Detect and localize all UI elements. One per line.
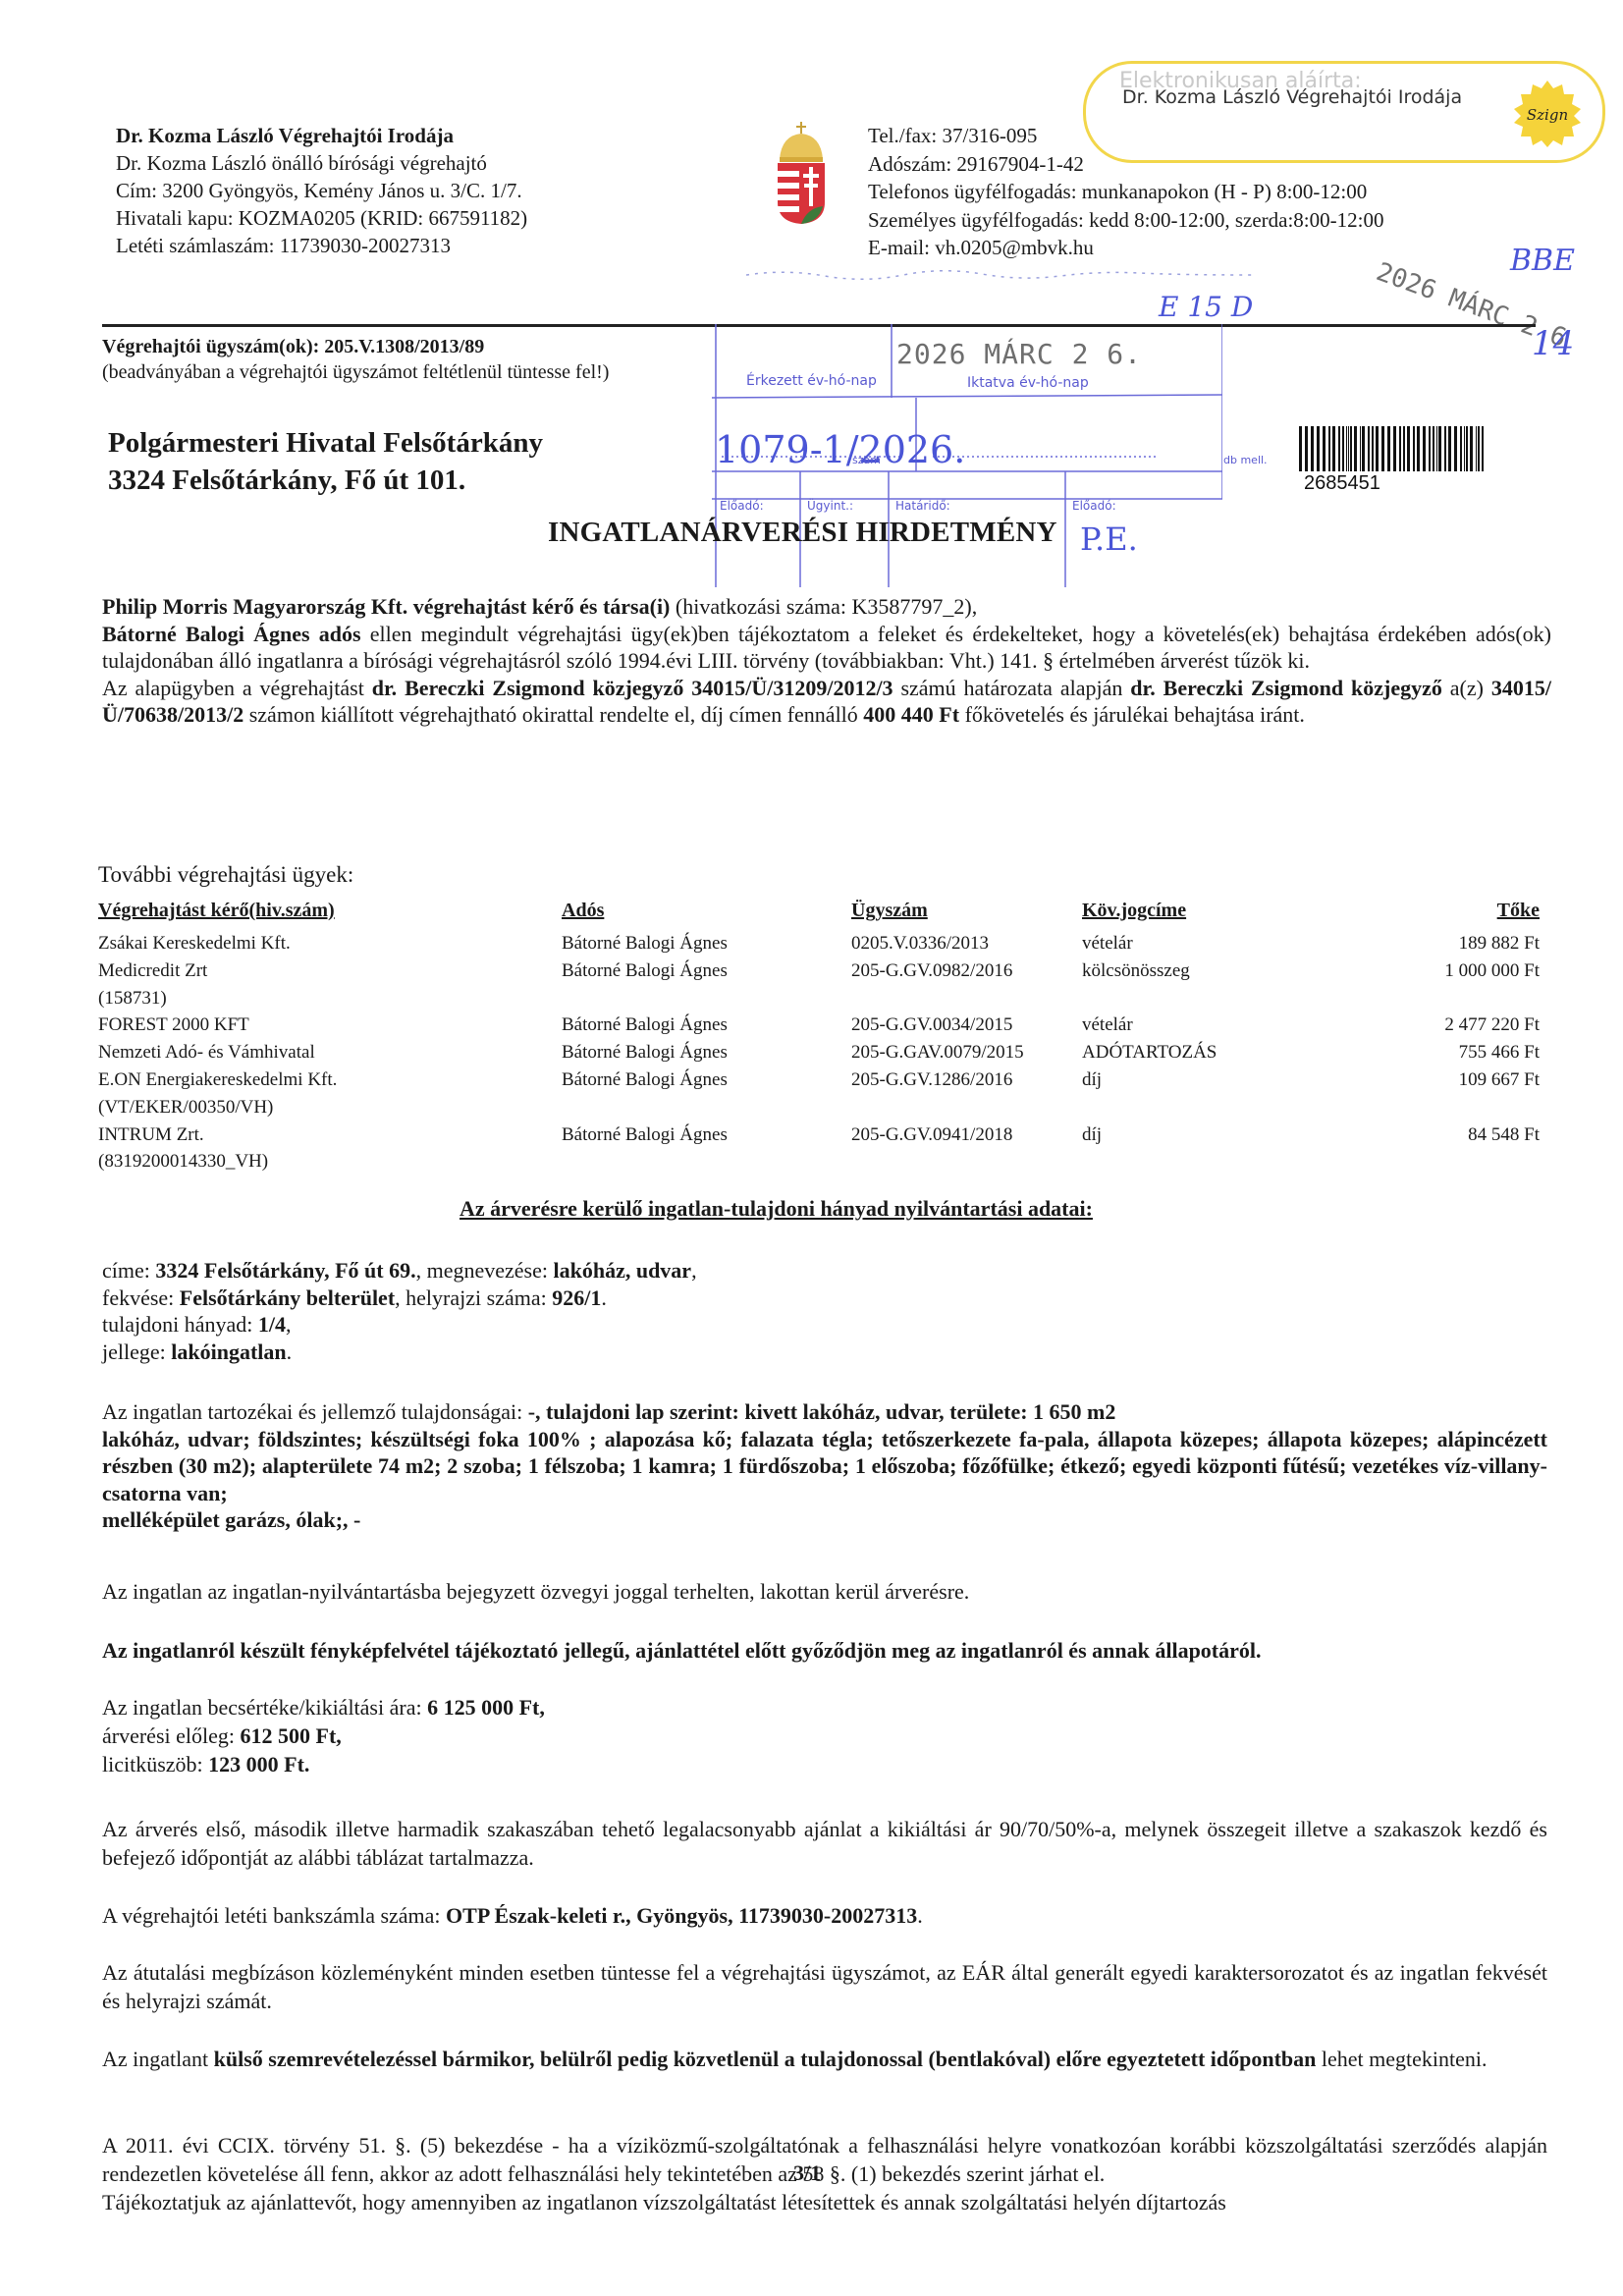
office-letterhead: Dr. Kozma László Végrehajtói Irodája Dr.… bbox=[116, 122, 527, 259]
cell-creditor: Medicredit Zrt bbox=[98, 957, 562, 985]
received-label: Érkezett év-hó-nap bbox=[746, 373, 877, 389]
table-row: (8319200014330_VH) bbox=[98, 1148, 1540, 1175]
basis-text: a(z) bbox=[1442, 676, 1491, 700]
property-location: Felsőtárkány belterület bbox=[180, 1285, 395, 1310]
features-land-registry: -, tulajdoni lap szerint: kivett lakóház… bbox=[528, 1399, 1116, 1424]
svg-text:Szign: Szign bbox=[1527, 106, 1568, 124]
scan-artifact bbox=[746, 267, 1257, 281]
table-row: Nemzeti Adó- és VámhivatalBátorné Balogi… bbox=[98, 1039, 1540, 1066]
office-line: Cím: 3200 Gyöngyös, Kemény János u. 3/C.… bbox=[116, 177, 527, 204]
office-line: Letéti számlaszám: 11739030-20027313 bbox=[116, 232, 527, 259]
stages-paragraph: Az árverés első, második illetve harmadi… bbox=[102, 1815, 1547, 1872]
recipient-street: 3324 Felsőtárkány, Fő út 101. bbox=[108, 462, 543, 499]
table-row: (VT/EKER/00350/VH) bbox=[98, 1094, 1540, 1121]
contact-line: Személyes ügyfélfogadás: kedd 8:00-12:00… bbox=[868, 206, 1383, 235]
cell-case-number: 0205.V.0336/2013 bbox=[851, 930, 1082, 957]
table-row: Zsákai Kereskedelmi Kft.Bátorné Balogi Á… bbox=[98, 930, 1540, 957]
table-row: FOREST 2000 KFTBátorné Balogi Ágnes205-G… bbox=[98, 1011, 1540, 1039]
transfer-paragraph: Az átutalási megbízáson közleményként mi… bbox=[102, 1958, 1547, 2015]
cell-principal bbox=[1377, 985, 1540, 1012]
col-principal: Tőke bbox=[1377, 900, 1540, 930]
cell-principal bbox=[1377, 1148, 1540, 1175]
col-legal-title: Köv.jogcíme bbox=[1082, 900, 1377, 930]
attachment-suffix: db mell. bbox=[1223, 454, 1268, 466]
property-type: lakóingatlan bbox=[171, 1339, 286, 1364]
label: A végrehajtói letéti bankszámla száma: bbox=[102, 1903, 446, 1928]
col-creditor: Végrehajtást kérő(hiv.szám) bbox=[98, 900, 562, 930]
e-signature-signer: Dr. Kozma László Végrehajtói Irodája bbox=[1122, 86, 1462, 108]
cell-legal-title bbox=[1082, 985, 1377, 1012]
label: fekvése: bbox=[102, 1285, 180, 1310]
cell-debtor: Bátorné Balogi Ágnes bbox=[562, 1066, 851, 1094]
cell-case-number: 205-G.GV.0034/2015 bbox=[851, 1011, 1082, 1039]
basis-notary-2: dr. Bereczki Zsigmond közjegyző bbox=[1130, 676, 1442, 700]
cell-legal-title: kölcsönösszeg bbox=[1082, 957, 1377, 985]
cell-creditor: (VT/EKER/00350/VH) bbox=[98, 1094, 562, 1121]
photo-note-paragraph: Az ingatlanról készült fényképfelvétel t… bbox=[102, 1636, 1547, 1665]
contact-email: E-mail: vh.0205@mbvk.hu bbox=[868, 234, 1383, 262]
cell-debtor: Bátorné Balogi Ágnes bbox=[562, 957, 851, 985]
cell-creditor: INTRUM Zrt. bbox=[98, 1121, 562, 1149]
col-debtor: Adós bbox=[562, 900, 851, 930]
creditor-name: Philip Morris Magyarország Kft. végrehaj… bbox=[102, 594, 670, 619]
price-block: Az ingatlan becsértéke/kikiáltási ára: 6… bbox=[102, 1693, 1547, 1778]
viewing-conditions: külső szemrevételezéssel bármikor, belül… bbox=[214, 2047, 1317, 2071]
reg-number-suffix: szám bbox=[852, 454, 881, 466]
basis-text: számú határozata alapján bbox=[893, 676, 1131, 700]
table-row: Medicredit ZrtBátorné Balogi Ágnes205-G.… bbox=[98, 957, 1540, 985]
cell-principal bbox=[1377, 1094, 1540, 1121]
cell-case-number bbox=[851, 985, 1082, 1012]
cell-creditor: Zsákai Kereskedelmi Kft. bbox=[98, 930, 562, 957]
cell-legal-title: vételár bbox=[1082, 1011, 1377, 1039]
basis-text: Az alapügyben a végrehajtást bbox=[102, 676, 372, 700]
viewing-text: lehet megtekinteni. bbox=[1316, 2047, 1487, 2071]
cell-creditor: (158731) bbox=[98, 985, 562, 1012]
further-cases-title: További végrehajtási ügyek: bbox=[98, 862, 353, 888]
label: árverési előleg: bbox=[102, 1723, 241, 1748]
label: címe: bbox=[102, 1258, 155, 1283]
cell-case-number bbox=[851, 1148, 1082, 1175]
creditor-reference: (hivatkozási száma: K3587797_2), bbox=[670, 594, 977, 619]
handwritten-corner-mark: 14 bbox=[1532, 324, 1574, 363]
cell-debtor bbox=[562, 1148, 851, 1175]
features-lead: Az ingatlan tartozékai és jellemző tulaj… bbox=[102, 1399, 528, 1424]
cell-principal: 1 000 000 Ft bbox=[1377, 957, 1540, 985]
inform-text: Tájékoztatjuk az ajánlattevőt, hogy amen… bbox=[102, 2188, 1547, 2216]
basis-notary-1: dr. Bereczki Zsigmond közjegyző 34015/Ü/… bbox=[372, 676, 893, 700]
cell-legal-title: ADÓTARTOZÁS bbox=[1082, 1039, 1377, 1066]
property-lot-number: 926/1 bbox=[552, 1285, 601, 1310]
table-row: INTRUM Zrt.Bátorné Balogi Ágnes205-G.GV.… bbox=[98, 1121, 1540, 1149]
cell-case-number: 205-G.GV.1286/2016 bbox=[851, 1066, 1082, 1094]
case-number: Végrehajtói ügyszám(ok): 205.V.1308/2013… bbox=[102, 334, 609, 359]
cell-debtor bbox=[562, 985, 851, 1012]
basis-text: főkövetelés és járulékai behajtása iránt… bbox=[959, 702, 1305, 727]
table-row: (158731) bbox=[98, 985, 1540, 1012]
stamp-cell-label: Ügyint.: bbox=[807, 499, 853, 513]
cell-case-number: 205-G.GAV.0079/2015 bbox=[851, 1039, 1082, 1066]
law-text: A 2011. évi CCIX. törvény 51. §. (5) bek… bbox=[102, 2131, 1547, 2188]
cell-principal: 2 477 220 Ft bbox=[1377, 1011, 1540, 1039]
cell-creditor: (8319200014330_VH) bbox=[98, 1148, 562, 1175]
burden-paragraph: Az ingatlan az ingatlan-nyilvántartásba … bbox=[102, 1577, 1547, 1606]
features-outbuilding: melléképület garázs, ólak;, - bbox=[102, 1506, 1547, 1534]
filed-label: Iktatva év-hó-nap bbox=[967, 375, 1089, 391]
label: jellege: bbox=[102, 1339, 171, 1364]
bid-threshold: 123 000 Ft. bbox=[208, 1752, 309, 1777]
page-number: 3/1 bbox=[793, 2160, 821, 2186]
property-section-title: Az árverésre kerülő ingatlan-tulajdoni h… bbox=[460, 1196, 1093, 1222]
document-title: INGATLANÁRVERÉSI HIRDETMÉNY bbox=[548, 517, 1057, 549]
cell-case-number bbox=[851, 1094, 1082, 1121]
cell-case-number: 205-G.GV.0982/2016 bbox=[851, 957, 1082, 985]
cell-legal-title: vételár bbox=[1082, 930, 1377, 957]
stamp-cell-label: Előadó: bbox=[720, 499, 764, 513]
basis-text: számon kiállított végrehajtható okiratta… bbox=[243, 702, 863, 727]
handwritten-initials: BBE bbox=[1510, 244, 1575, 278]
auction-deposit: 612 500 Ft, bbox=[241, 1723, 342, 1748]
registration-number: 1079-1/2026. bbox=[715, 428, 965, 471]
label: , helyrajzi száma: bbox=[395, 1285, 552, 1310]
cell-creditor: FOREST 2000 KFT bbox=[98, 1011, 562, 1039]
law-paragraph: A 2011. évi CCIX. törvény 51. §. (5) bek… bbox=[102, 2131, 1547, 2216]
viewing-paragraph: Az ingatlant külső szemrevételezéssel bá… bbox=[102, 2045, 1547, 2073]
cell-legal-title bbox=[1082, 1094, 1377, 1121]
property-name: lakóház, udvar bbox=[553, 1258, 691, 1283]
recipient-name: Polgármesteri Hivatal Felsőtárkány bbox=[108, 424, 543, 462]
barcode bbox=[1299, 426, 1484, 471]
cell-creditor: E.ON Energiakereskedelmi Kft. bbox=[98, 1066, 562, 1094]
cell-case-number: 205-G.GV.0941/2018 bbox=[851, 1121, 1082, 1149]
cell-principal: 109 667 Ft bbox=[1377, 1066, 1540, 1094]
cell-debtor: Bátorné Balogi Ágnes bbox=[562, 1039, 851, 1066]
col-case-number: Ügyszám bbox=[851, 900, 1082, 930]
label: tulajdoni hányad: bbox=[102, 1312, 258, 1337]
office-line: Dr. Kozma László önálló bírósági végreha… bbox=[116, 149, 527, 177]
contact-line: Telefonos ügyfélfogadás: munkanapokon (H… bbox=[868, 178, 1383, 206]
cell-principal: 755 466 Ft bbox=[1377, 1039, 1540, 1066]
property-address: 3324 Felsőtárkány, Fő út 69. bbox=[155, 1258, 415, 1283]
case-number-block: Végrehajtói ügyszám(ok): 205.V.1308/2013… bbox=[102, 334, 609, 385]
table-header-row: Végrehajtást kérő(hiv.szám) Adós Ügyszám… bbox=[98, 900, 1540, 930]
handwritten-mark: E 15 D bbox=[1159, 291, 1253, 323]
cell-debtor bbox=[562, 1094, 851, 1121]
further-cases-table: Végrehajtást kérő(hiv.szám) Adós Ügyszám… bbox=[98, 900, 1540, 1175]
label: licitküszöb: bbox=[102, 1752, 208, 1777]
cell-debtor: Bátorné Balogi Ágnes bbox=[562, 1011, 851, 1039]
cell-principal: 189 882 Ft bbox=[1377, 930, 1540, 957]
handwritten-initials-pe: P.E. bbox=[1080, 520, 1138, 558]
cell-creditor: Nemzeti Adó- és Vámhivatal bbox=[98, 1039, 562, 1066]
cell-principal: 84 548 Ft bbox=[1377, 1121, 1540, 1149]
features-building: lakóház, udvar; földszintes; készültségi… bbox=[102, 1426, 1547, 1507]
recipient-address: Polgármesteri Hivatal Felsőtárkány 3324 … bbox=[108, 424, 543, 499]
cell-debtor: Bátorné Balogi Ágnes bbox=[562, 930, 851, 957]
property-features: Az ingatlan tartozékai és jellemző tulaj… bbox=[102, 1398, 1547, 1534]
registry-received-date: 2026 MÁRC 2 6. bbox=[896, 338, 1142, 370]
principal-amount: 400 440 Ft bbox=[863, 702, 959, 727]
intro-paragraph: Philip Morris Magyarország Kft. végrehaj… bbox=[102, 593, 1551, 729]
cell-legal-title: díj bbox=[1082, 1121, 1377, 1149]
property-share: 1/4 bbox=[258, 1312, 286, 1337]
viewing-text: Az ingatlant bbox=[102, 2047, 214, 2071]
label: , megnevezése: bbox=[416, 1258, 554, 1283]
hungarian-coat-of-arms-icon bbox=[774, 120, 829, 228]
cell-debtor: Bátorné Balogi Ágnes bbox=[562, 1121, 851, 1149]
label: Az ingatlan becsértéke/kikiáltási ára: bbox=[102, 1695, 427, 1720]
case-note: (beadványában a végrehajtói ügyszámot fe… bbox=[102, 359, 609, 385]
office-line: Hivatali kapu: KOZMA0205 (KRID: 66759118… bbox=[116, 204, 527, 232]
cell-legal-title: díj bbox=[1082, 1066, 1377, 1094]
starting-price: 6 125 000 Ft, bbox=[427, 1695, 545, 1720]
property-details: címe: 3324 Felsőtárkány, Fő út 69., megn… bbox=[102, 1257, 697, 1365]
stamp-cell-label: Előadó: bbox=[1072, 499, 1116, 513]
signature-seal-icon: Szign bbox=[1512, 79, 1583, 149]
debtor-name: Bátorné Balogi Ágnes adós bbox=[102, 622, 361, 646]
stamp-cell-label: Határidő: bbox=[895, 499, 950, 513]
bank-paragraph: A végrehajtói letéti bankszámla száma: O… bbox=[102, 1901, 1547, 1930]
bank-account: OTP Észak-keleti r., Gyöngyös, 11739030-… bbox=[446, 1903, 917, 1928]
office-name: Dr. Kozma László Végrehajtói Irodája bbox=[116, 122, 527, 149]
cell-legal-title bbox=[1082, 1148, 1377, 1175]
barcode-number: 2685451 bbox=[1304, 472, 1380, 495]
table-row: E.ON Energiakereskedelmi Kft.Bátorné Bal… bbox=[98, 1066, 1540, 1094]
